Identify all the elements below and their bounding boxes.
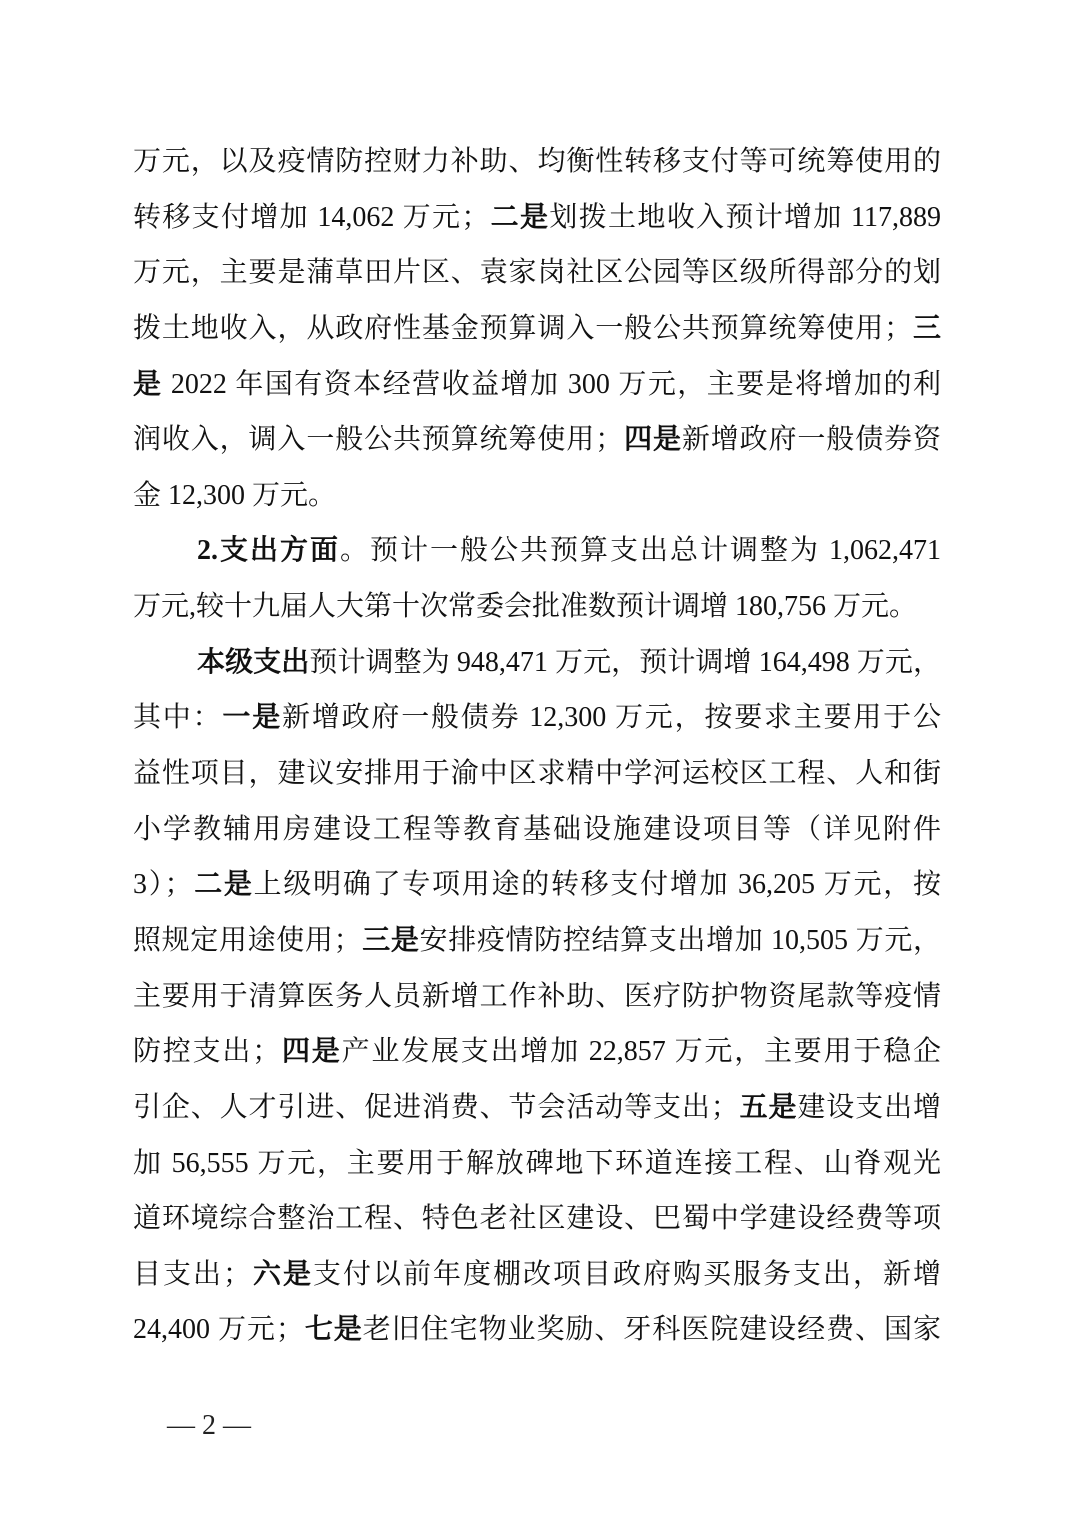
emphasis-text: 七是 xyxy=(304,1314,363,1345)
emphasis-text: 一是 xyxy=(222,702,282,733)
text-line: 防控支出；四是产业发展支出增加 22,857 万元，主要用于稳企 xyxy=(133,1024,941,1080)
emphasis-text: 本级支出 xyxy=(197,647,309,678)
body-text: 支付以前年度棚改项目政府购买服务支出，新增 xyxy=(313,1259,941,1290)
text-line: 24,400 万元；七是老旧住宅物业奖励、牙科医院建设经费、国家 xyxy=(133,1302,941,1358)
body-text: 防控支出； xyxy=(133,1036,280,1067)
body-text: 产业发展支出增加 22,857 万元，主要用于稳企 xyxy=(342,1036,941,1067)
text-line: 其中：一是新增政府一般债券 12,300 万元，按要求主要用于公 xyxy=(133,690,941,746)
body-text: 万元，主要是蒲草田片区、袁家岗社区公园等区级所得部分的划 xyxy=(133,257,941,288)
text-line: 拨土地收入，从政府性基金预算调入一般公共预算统筹使用；三 xyxy=(133,301,941,357)
body-text: 润收入，调入一般公共预算统筹使用； xyxy=(133,424,623,455)
text-line: 万元，主要是蒲草田片区、袁家岗社区公园等区级所得部分的划 xyxy=(133,245,941,301)
body-text: 划拨土地收入预计增加 117,889 xyxy=(549,202,941,233)
body-text: 万元，以及疫情防控财力补助、均衡性转移支付等可统筹使用的 xyxy=(133,146,941,177)
body-text: 万元,较十九届人大第十次常委会批准数预计调增 180,756 万元。 xyxy=(133,591,917,622)
body-text: 2022 年国有资本经营收益增加 300 万元，主要是将增加的利 xyxy=(162,369,941,400)
body-text: 3）； xyxy=(133,869,192,900)
document-page: 万元，以及疫情防控财力补助、均衡性转移支付等可统筹使用的转移支付增加 14,06… xyxy=(0,0,1074,1520)
body-text: 益性项目，建议安排用于渝中区求精中学河运校区工程、人和街 xyxy=(133,758,941,789)
text-line: 引企、人才引进、促进消费、节会活动等支出；五是建设支出增 xyxy=(133,1080,941,1136)
body-text: 其中： xyxy=(133,702,222,733)
body-text: 老旧住宅物业奖励、牙科医院建设经费、国家 xyxy=(363,1314,941,1345)
text-line: 道环境综合整治工程、特色老社区建设、巴蜀中学建设经费等项 xyxy=(133,1191,941,1247)
body-text: 新增政府一般债券 12,300 万元，按要求主要用于公 xyxy=(282,702,941,733)
page-number: — 2 — xyxy=(167,1410,251,1442)
body-text: 转移支付增加 14,062 万元； xyxy=(133,202,489,233)
body-text: 金 12,300 万元。 xyxy=(133,480,336,511)
text-line: 转移支付增加 14,062 万元；二是划拨土地收入预计增加 117,889 xyxy=(133,190,941,246)
text-line: 益性项目，建议安排用于渝中区求精中学河运校区工程、人和街 xyxy=(133,746,941,802)
document-body: 万元，以及疫情防控财力补助、均衡性转移支付等可统筹使用的转移支付增加 14,06… xyxy=(133,134,941,1358)
emphasis-text: 二是 xyxy=(489,202,549,233)
text-line: 主要用于清算医务人员新增工作补助、医疗防护物资尾款等疫情 xyxy=(133,969,941,1025)
text-line: 照规定用途使用；三是安排疫情防控结算支出增加 10,505 万元， xyxy=(133,913,941,969)
text-line: 本级支出预计调整为 948,471 万元，预计调增 164,498 万元， xyxy=(133,635,941,691)
emphasis-text: 四是 xyxy=(623,424,682,455)
emphasis-text: 三是 xyxy=(362,925,420,956)
body-text: 小学教辅用房建设工程等教育基础设施建设项目等（详见附件 xyxy=(133,814,941,845)
emphasis-text: 是 xyxy=(133,369,162,400)
text-line: 金 12,300 万元。 xyxy=(133,468,941,524)
text-line: 目支出；六是支付以前年度棚改项目政府购买服务支出，新增 xyxy=(133,1247,941,1303)
text-line: 万元，以及疫情防控财力补助、均衡性转移支付等可统筹使用的 xyxy=(133,134,941,190)
text-line: 是 2022 年国有资本经营收益增加 300 万元，主要是将增加的利 xyxy=(133,357,941,413)
body-text: 引企、人才引进、促进消费、节会活动等支出； xyxy=(133,1092,739,1123)
emphasis-text: 六是 xyxy=(251,1259,313,1290)
body-text: 安排疫情防控结算支出增加 10,505 万元， xyxy=(420,925,941,956)
emphasis-text: 三 xyxy=(912,313,941,344)
text-line: 万元,较十九届人大第十次常委会批准数预计调增 180,756 万元。 xyxy=(133,579,941,635)
text-line: 小学教辅用房建设工程等教育基础设施建设项目等（详见附件 xyxy=(133,802,941,858)
emphasis-text: 2.支出方面 xyxy=(197,535,340,566)
text-line: 3）；二是上级明确了专项用途的转移支付增加 36,205 万元，按 xyxy=(133,857,941,913)
text-line: 加 56,555 万元，主要用于解放碑地下环道连接工程、山脊观光 xyxy=(133,1136,941,1192)
body-text: 建设支出增 xyxy=(797,1092,941,1123)
text-line: 润收入，调入一般公共预算统筹使用；四是新增政府一般债券资 xyxy=(133,412,941,468)
emphasis-text: 二是 xyxy=(192,869,253,900)
emphasis-text: 五是 xyxy=(739,1092,798,1123)
body-text: 主要用于清算医务人员新增工作补助、医疗防护物资尾款等疫情 xyxy=(133,981,941,1012)
body-text: 24,400 万元； xyxy=(133,1314,304,1345)
body-text: 道环境综合整治工程、特色老社区建设、巴蜀中学建设经费等项 xyxy=(133,1203,941,1234)
body-text: 上级明确了专项用途的转移支付增加 36,205 万元，按 xyxy=(254,869,941,900)
body-text: 。预计一般公共预算支出总计调整为 1,062,471 xyxy=(340,535,941,566)
body-text: 预计调整为 948,471 万元，预计调增 164,498 万元， xyxy=(309,647,941,678)
emphasis-text: 四是 xyxy=(280,1036,341,1067)
body-text: 目支出； xyxy=(133,1259,251,1290)
body-text: 新增政府一般债券资 xyxy=(682,424,941,455)
body-text: 照规定用途使用； xyxy=(133,925,362,956)
body-text: 加 56,555 万元，主要用于解放碑地下环道连接工程、山脊观光 xyxy=(133,1148,941,1179)
text-line: 2.支出方面。预计一般公共预算支出总计调整为 1,062,471 xyxy=(133,523,941,579)
body-text: 拨土地收入，从政府性基金预算调入一般公共预算统筹使用； xyxy=(133,313,912,344)
